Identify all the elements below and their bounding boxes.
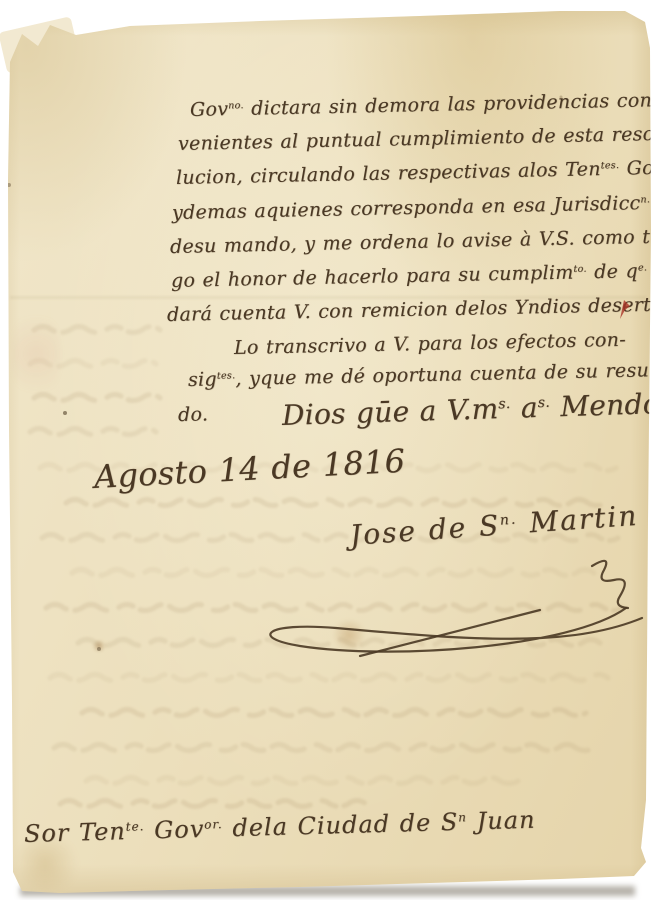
ink-specks	[0, 0, 2, 2]
letter-line: desu mando, y me ordena lo avise à V.S. …	[170, 225, 657, 258]
letter-line: dará cuenta V. con remicion delos Yndios…	[167, 294, 657, 326]
letter-line: Govno. dictara sin demora las providenci…	[190, 89, 657, 121]
red-ink-mark	[618, 298, 632, 320]
letter-line: do.	[178, 403, 209, 426]
manuscript-page: Govno. dictara sin demora las providenci…	[0, 0, 657, 900]
letter-line: ydemas aquienes corresponda en esa Juris…	[172, 192, 651, 224]
letter-line: venientes al puntual cumplimiento de est…	[178, 123, 657, 155]
letter-line: lucion, circulando las respectivas alos …	[176, 156, 657, 189]
letter-line: sigtes., yque me dé oportuna cuenta de s…	[188, 359, 657, 391]
letter-line: Lo transcrivo a V. para los efectos con-	[234, 329, 626, 359]
document-photo: Govno. dictara sin demora las providenci…	[0, 0, 657, 900]
signature-flourish-icon	[240, 552, 650, 664]
letter-line: go el honor de hacerlo para su cumplimto…	[171, 260, 648, 292]
